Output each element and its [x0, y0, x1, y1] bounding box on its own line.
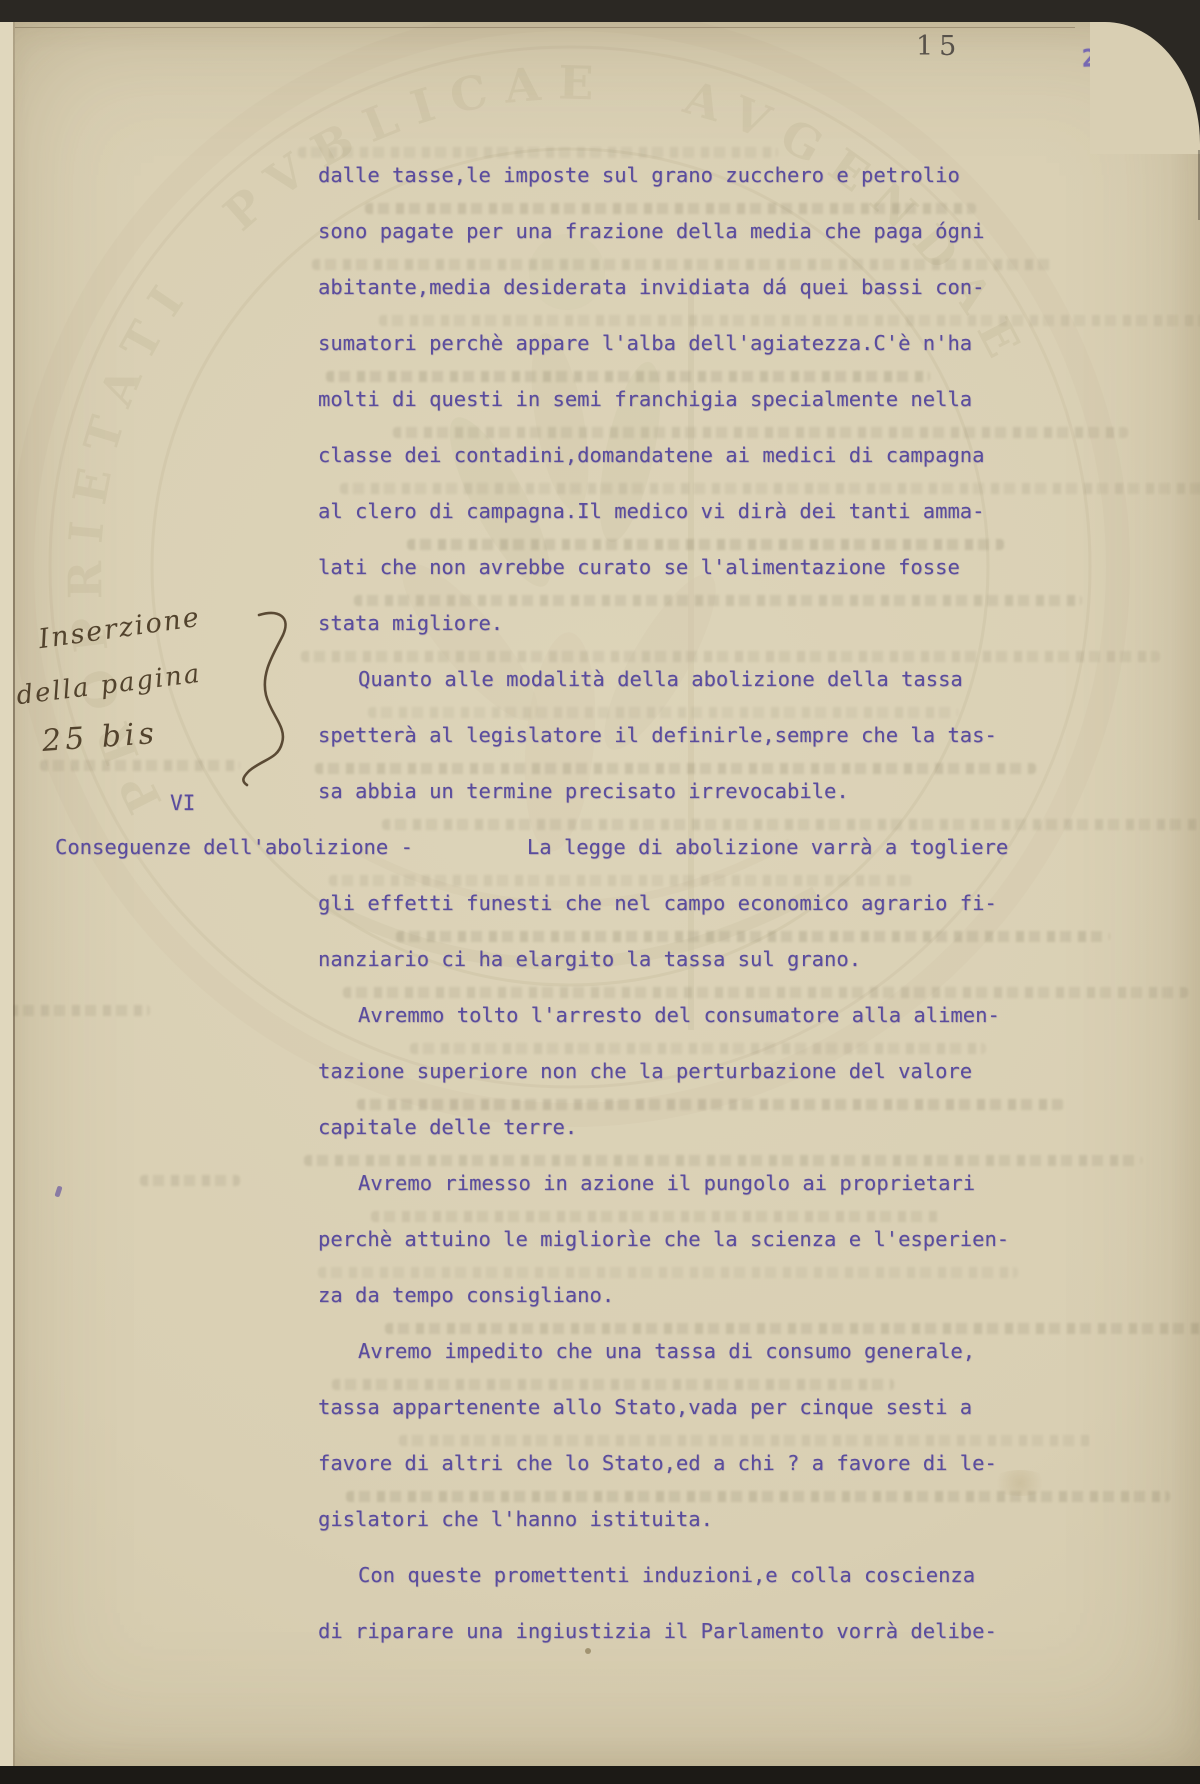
bleed-through-smudge	[40, 760, 240, 771]
typed-line: sumatori perchè appare l'alba dell'agiat…	[318, 315, 1038, 371]
scan-top-edge	[0, 0, 1200, 22]
typed-line: di riparare una ingiustizia il Parlament…	[318, 1603, 1038, 1659]
top-crease-line	[15, 27, 1075, 28]
typed-line: abitante,media desiderata invidiata dá q…	[318, 259, 1038, 315]
typed-line: al clero di campagna.Il medico vi dirà d…	[318, 483, 1038, 539]
typed-line: Avremo impedito che una tassa di consumo…	[318, 1323, 1038, 1379]
typed-line: Quanto alle modalità della abolizione de…	[318, 651, 1038, 707]
typed-line: tazione superiore non che la perturbazio…	[318, 1043, 1038, 1099]
page-fold-line	[13, 22, 15, 1766]
typed-line: lati che non avrebbe curato se l'aliment…	[318, 539, 1038, 595]
typed-line: stata migliore.	[318, 595, 1038, 651]
section-numeral: VI	[170, 791, 195, 815]
paper-stain	[990, 1470, 1050, 1496]
paper-speck	[585, 1648, 591, 1654]
bleed-through-smudge	[10, 1005, 150, 1016]
typed-line: sono pagate per una frazione della media…	[318, 203, 1038, 259]
typed-line: Avremmo tolto l'arresto del consumatore …	[318, 987, 1038, 1043]
typed-line: perchè attuino le migliorìe che la scien…	[318, 1211, 1038, 1267]
bleed-through-smudge	[140, 1175, 240, 1186]
scanned-document-page: PROPRIETATI PVBLICAE AVGENDAE dalle tass…	[0, 0, 1200, 1784]
typed-line: favore di altri che lo Stato,ed a chi ? …	[318, 1435, 1038, 1491]
typed-line: capitale delle terre.	[318, 1099, 1038, 1155]
typed-line: gislatori che l'hanno istituita.	[318, 1491, 1038, 1547]
typed-text-block: dalle tasse,le imposte sul grano zuccher…	[318, 147, 1038, 1659]
typed-line: dalle tasse,le imposte sul grano zuccher…	[318, 147, 1038, 203]
printed-page-number: 15	[916, 31, 962, 62]
typed-line: nanziario ci ha elargito la tassa sul gr…	[318, 931, 1038, 987]
typed-line: Con queste promettenti induzioni,e colla…	[318, 1547, 1038, 1603]
typed-line: sa abbia un termine precisato irrevocabi…	[318, 763, 1038, 819]
typed-line: spetterà al legislatore il definirle,sem…	[318, 707, 1038, 763]
annotation-brace-mark	[233, 607, 305, 787]
rounded-paper-corner	[1090, 22, 1200, 154]
adjacent-page-edge	[0, 22, 13, 1766]
section-title-label: Conseguenze dell'abolizione -	[55, 835, 413, 859]
rounded-corner-backdrop	[1090, 22, 1200, 154]
typed-line: za da tempo consigliano.	[318, 1267, 1038, 1323]
scan-bottom-edge	[0, 1766, 1200, 1784]
typed-text: La legge di abolizione varrà a togliere	[527, 835, 1008, 859]
typed-line: molti di questi in semi franchigia speci…	[318, 371, 1038, 427]
typed-line: gli effetti funesti che nel campo econom…	[318, 875, 1038, 931]
typed-line: Avremo rimesso in azione il pungolo ai p…	[318, 1155, 1038, 1211]
typed-line: classe dei contadini,domandatene ai medi…	[318, 427, 1038, 483]
typed-line: tassa appartenente allo Stato,vada per c…	[318, 1379, 1038, 1435]
typed-line: Conseguenze dell'abolizione -La legge di…	[55, 819, 1038, 875]
